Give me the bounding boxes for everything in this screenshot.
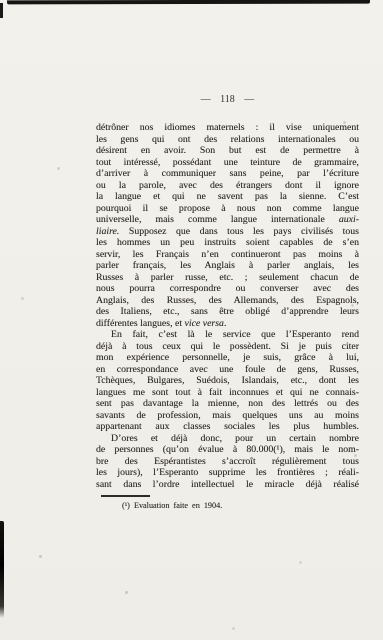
left-edge-tick-artifact: [0, 3, 3, 18]
text-run: désirent en avoir. Son but est de permet…: [96, 145, 359, 156]
page-number: — 118 —: [96, 94, 359, 105]
text-line: Russes à parler russe, etc. ; seulement …: [96, 272, 359, 284]
text-run: bre des Espérantistes s’accroît régulièr…: [96, 456, 359, 467]
text-run: sent pas davantage la mienne, non des le…: [96, 398, 359, 409]
text-run: nous pourra correspondre ou converser av…: [96, 283, 359, 294]
text-run: appartenant aux classes sociales les plu…: [96, 421, 359, 432]
text-run: Tchèques, Bulgares, Suédois, Islandais, …: [96, 375, 359, 386]
text-line: universelle, mais comme langue internati…: [96, 214, 359, 226]
text-line: sant dans l’ordre intellectuel le miracl…: [96, 479, 359, 491]
text-run: savants de profession, mais quelques uns…: [96, 410, 359, 421]
text-run: différentes langues, et: [96, 318, 185, 329]
text-line: Tchèques, Bulgares, Suédois, Islandais, …: [96, 375, 359, 387]
text-run: vice versa: [185, 318, 224, 329]
text-line: parler français, les Anglais à parler an…: [96, 260, 359, 272]
text-line: en correspondance avec une foule de gens…: [96, 364, 359, 376]
text-line: désirent en avoir. Son but est de permet…: [96, 145, 359, 157]
text-run: .: [224, 318, 226, 329]
footnote-separator: [101, 495, 150, 497]
text-line: la langue et qui ne savent pas la sienne…: [96, 191, 359, 203]
text-run: les jours), l’Esperanto supprime les fro…: [96, 467, 359, 478]
text-line: servir, les Français n’en continueront p…: [96, 249, 359, 261]
text-run: pourquoi il se propose à nous non comme …: [96, 203, 359, 214]
text-run: parler français, les Anglais à parler an…: [96, 260, 359, 271]
text-run: d’arriver à communiquer sans peine, par …: [96, 168, 359, 179]
text-line: de personnes (qu’on évalue à 80.000(¹), …: [96, 444, 359, 456]
text-line: En fait, c’est là le service que l’Esper…: [96, 329, 359, 341]
text-run: auxi-: [339, 214, 359, 225]
text-run: la langue et qui ne savent pas la sienne…: [96, 191, 359, 202]
text-run: tout intéressé, possédant une teinture d…: [96, 157, 359, 168]
text-line: des Italiens, etc., sans être obligé d’a…: [96, 306, 359, 318]
text-run: Supposez que dans tous les pays civilisé…: [119, 226, 359, 237]
top-edge-artifact: [7, 0, 370, 4]
text-run: langues me sont tout à fait inconnues et…: [96, 387, 359, 398]
text-run: les gens qui ont des relations internati…: [96, 134, 359, 145]
text-run: universelle, mais comme langue internati…: [96, 214, 339, 225]
text-line: nous pourra correspondre ou converser av…: [96, 283, 359, 295]
body-text: détrôner nos idiomes maternels : il vise…: [96, 122, 359, 511]
text-run: déjà à tous ceux qui le possèdent. Si je…: [96, 341, 359, 352]
text-line: les jours), l’Esperanto supprime les fro…: [96, 467, 359, 479]
text-run: En fait, c’est là le service que l’Esper…: [111, 329, 359, 340]
text-run: ou la parole, avec des étrangers dont il…: [96, 180, 359, 191]
text-line: liaire. Supposez que dans tous les pays …: [96, 226, 359, 238]
text-line: pourquoi il se propose à nous non comme …: [96, 203, 359, 215]
text-line: déjà à tous ceux qui le possèdent. Si je…: [96, 341, 359, 353]
text-run: liaire.: [96, 226, 119, 237]
text-lines: détrôner nos idiomes maternels : il vise…: [96, 122, 359, 490]
text-run: Russes à parler russe, etc. ; seulement …: [96, 272, 359, 283]
text-line: mon expérience personnelle, je suis, grâ…: [96, 352, 359, 364]
text-run: servir, les Français n’en continueront p…: [96, 249, 359, 260]
text-line: langues me sont tout à fait inconnues et…: [96, 387, 359, 399]
text-run: D’ores et déjà donc, pour un certain nom…: [111, 433, 359, 444]
book-page-scan: — 118 — détrôner nos idiomes maternels :…: [0, 0, 383, 640]
text-line: d’arriver à communiquer sans peine, par …: [96, 168, 359, 180]
text-line: ou la parole, avec des étrangers dont il…: [96, 180, 359, 192]
text-run: détrôner nos idiomes maternels : il vise…: [96, 122, 359, 133]
text-run: sant dans l’ordre intellectuel le miracl…: [96, 479, 359, 490]
text-line: détrôner nos idiomes maternels : il vise…: [96, 122, 359, 134]
spine-shadow-artifact: [0, 521, 4, 618]
text-line: savants de profession, mais quelques uns…: [96, 410, 359, 422]
text-run: mon expérience personnelle, je suis, grâ…: [96, 352, 359, 363]
footnote: (¹) Evaluation faite en 1904.: [96, 501, 359, 511]
text-line: tout intéressé, possédant une teinture d…: [96, 157, 359, 169]
text-run: de personnes (qu’on évalue à 80.000(¹), …: [96, 444, 359, 455]
paper-speckles: [0, 0, 1, 1]
text-line: sent pas davantage la mienne, non des le…: [96, 398, 359, 410]
text-run: des Italiens, etc., sans être obligé d’a…: [96, 306, 359, 317]
text-line: différentes langues, et vice versa.: [96, 318, 359, 330]
text-run: les hommes un peu instruits soient capab…: [96, 237, 359, 248]
text-line: D’ores et déjà donc, pour un certain nom…: [96, 433, 359, 445]
text-line: appartenant aux classes sociales les plu…: [96, 421, 359, 433]
text-line: bre des Espérantistes s’accroît régulièr…: [96, 456, 359, 468]
text-line: Anglais, des Russes, des Allemands, des …: [96, 295, 359, 307]
text-line: les hommes un peu instruits soient capab…: [96, 237, 359, 249]
text-run: en correspondance avec une foule de gens…: [96, 364, 359, 375]
text-line: les gens qui ont des relations internati…: [96, 134, 359, 146]
text-run: Anglais, des Russes, des Allemands, des …: [96, 295, 359, 306]
